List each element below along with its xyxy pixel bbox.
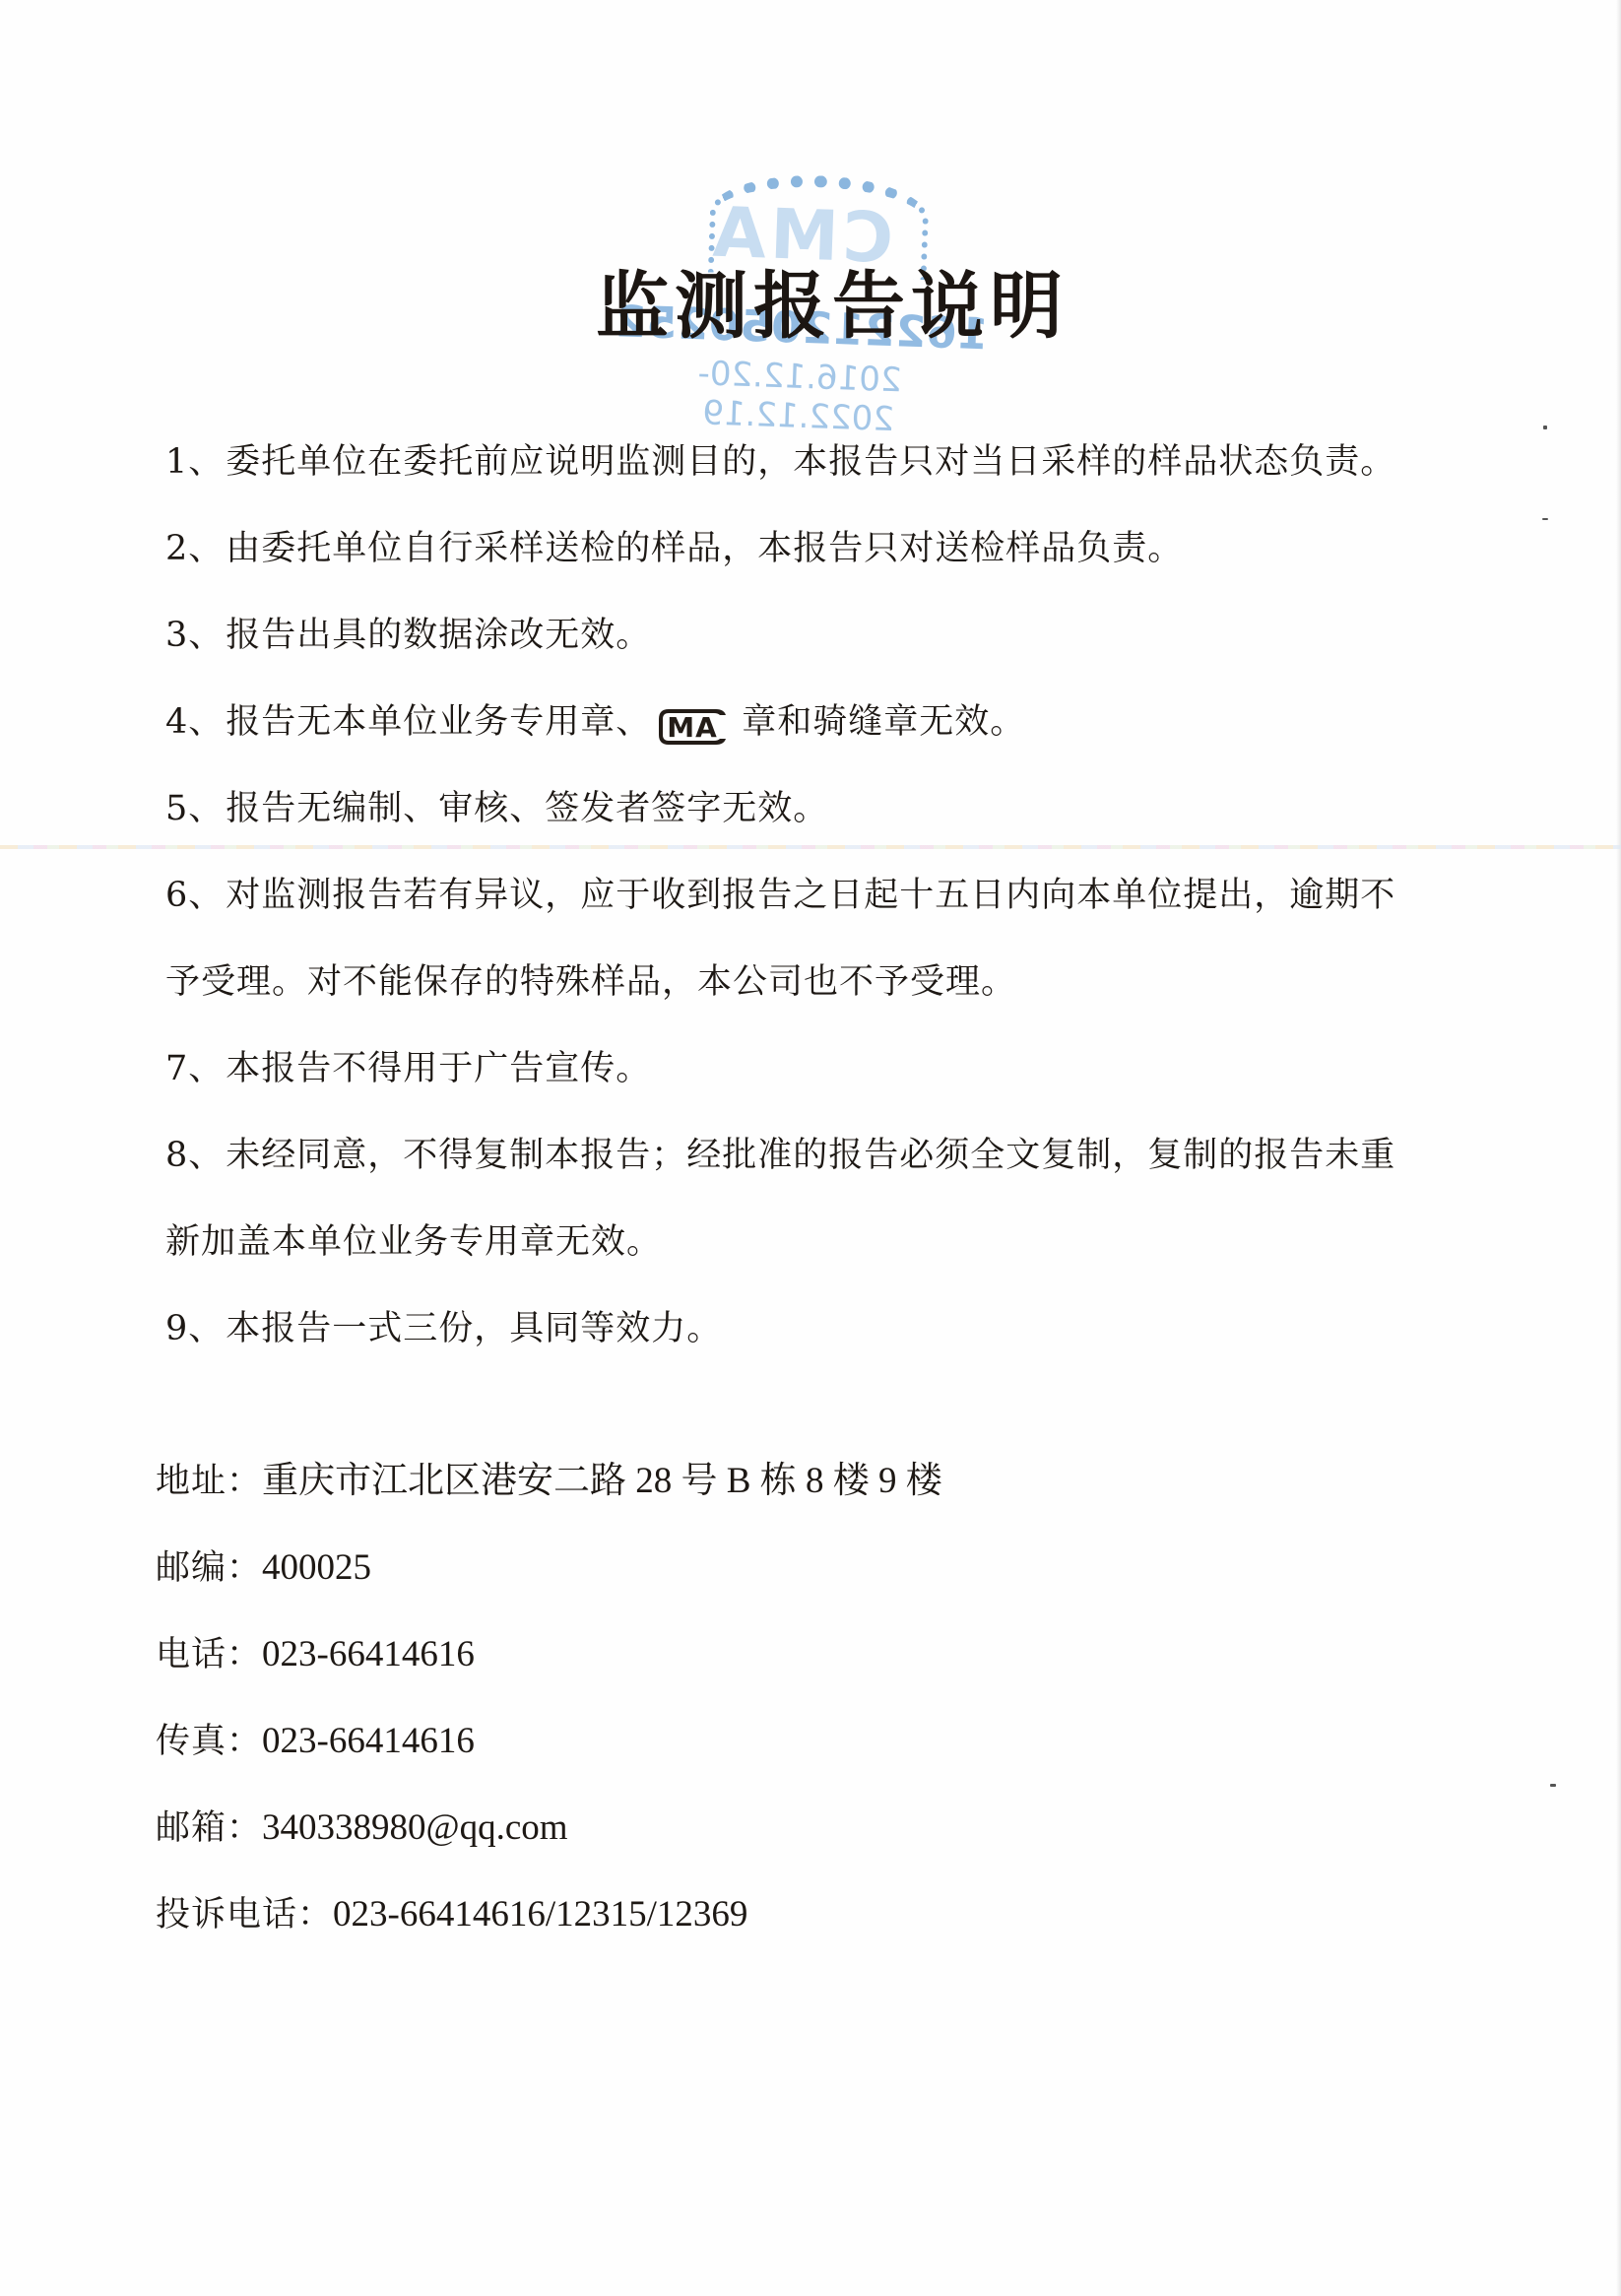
notice-item-4: 4、报告无本单位业务专用章、MA章和骑缝章无效。 [165, 679, 1505, 765]
scan-speck [1550, 1784, 1556, 1787]
notice-item-6: 6、对监测报告若有异议，应于收到报告之日起十五日内向本单位提出，逾期不 [165, 852, 1505, 939]
contact-info: 地址：重庆市江北区港安二路 28 号 B 栋 8 楼 9 楼 邮编：400025… [156, 1438, 1239, 1958]
svg-text:MA: MA [668, 711, 719, 744]
contact-phone: 电话：023-66414616 [156, 1611, 1239, 1698]
notice-item-9: 9、本报告一式三份，具同等效力。 [165, 1285, 1505, 1372]
notice-item-7: 7、本报告不得用于广告宣传。 [165, 1025, 1505, 1112]
page-title: 监测报告说明 [0, 248, 1621, 353]
notice-item-8: 8、未经同意，不得复制本报告；经批准的报告必须全文复制，复制的报告未重 [165, 1112, 1505, 1199]
contact-email: 邮箱：340338980@qq.com [156, 1785, 1239, 1871]
notice-item-5: 5、报告无编制、审核、签发者签字无效。 [165, 765, 1505, 852]
scan-speck [1543, 426, 1547, 429]
notice-item-1: 1、委托单位在委托前应说明监测目的，本报告只对当日采样的样品状态负责。 [165, 419, 1505, 505]
contact-fax: 传真：023-66414616 [156, 1698, 1239, 1785]
contact-address: 地址：重庆市江北区港安二路 28 号 B 栋 8 楼 9 楼 [156, 1438, 1239, 1525]
notice-item-2: 2、由委托单位自行采样送检的样品，本报告只对送检样品负责。 [165, 505, 1505, 592]
scan-speck [1542, 518, 1548, 520]
notice-item-3: 3、报告出具的数据涂改无效。 [165, 592, 1505, 679]
contact-complaint-phone: 投诉电话：023-66414616/12315/12369 [156, 1871, 1239, 1958]
cma-mark-icon: MA [655, 696, 736, 744]
notice-item-8-continuation: 新加盖本单位业务专用章无效。 [165, 1199, 1505, 1285]
document-page: CMA 162212050252 2016.12.20-2022.12.19 监… [0, 0, 1621, 2296]
notice-list: 1、委托单位在委托前应说明监测目的，本报告只对当日采样的样品状态负责。 2、由委… [165, 419, 1505, 1372]
notice-item-6-continuation: 予受理。对不能保存的特殊样品，本公司也不予受理。 [165, 939, 1505, 1025]
contact-postcode: 邮编：400025 [156, 1525, 1239, 1611]
